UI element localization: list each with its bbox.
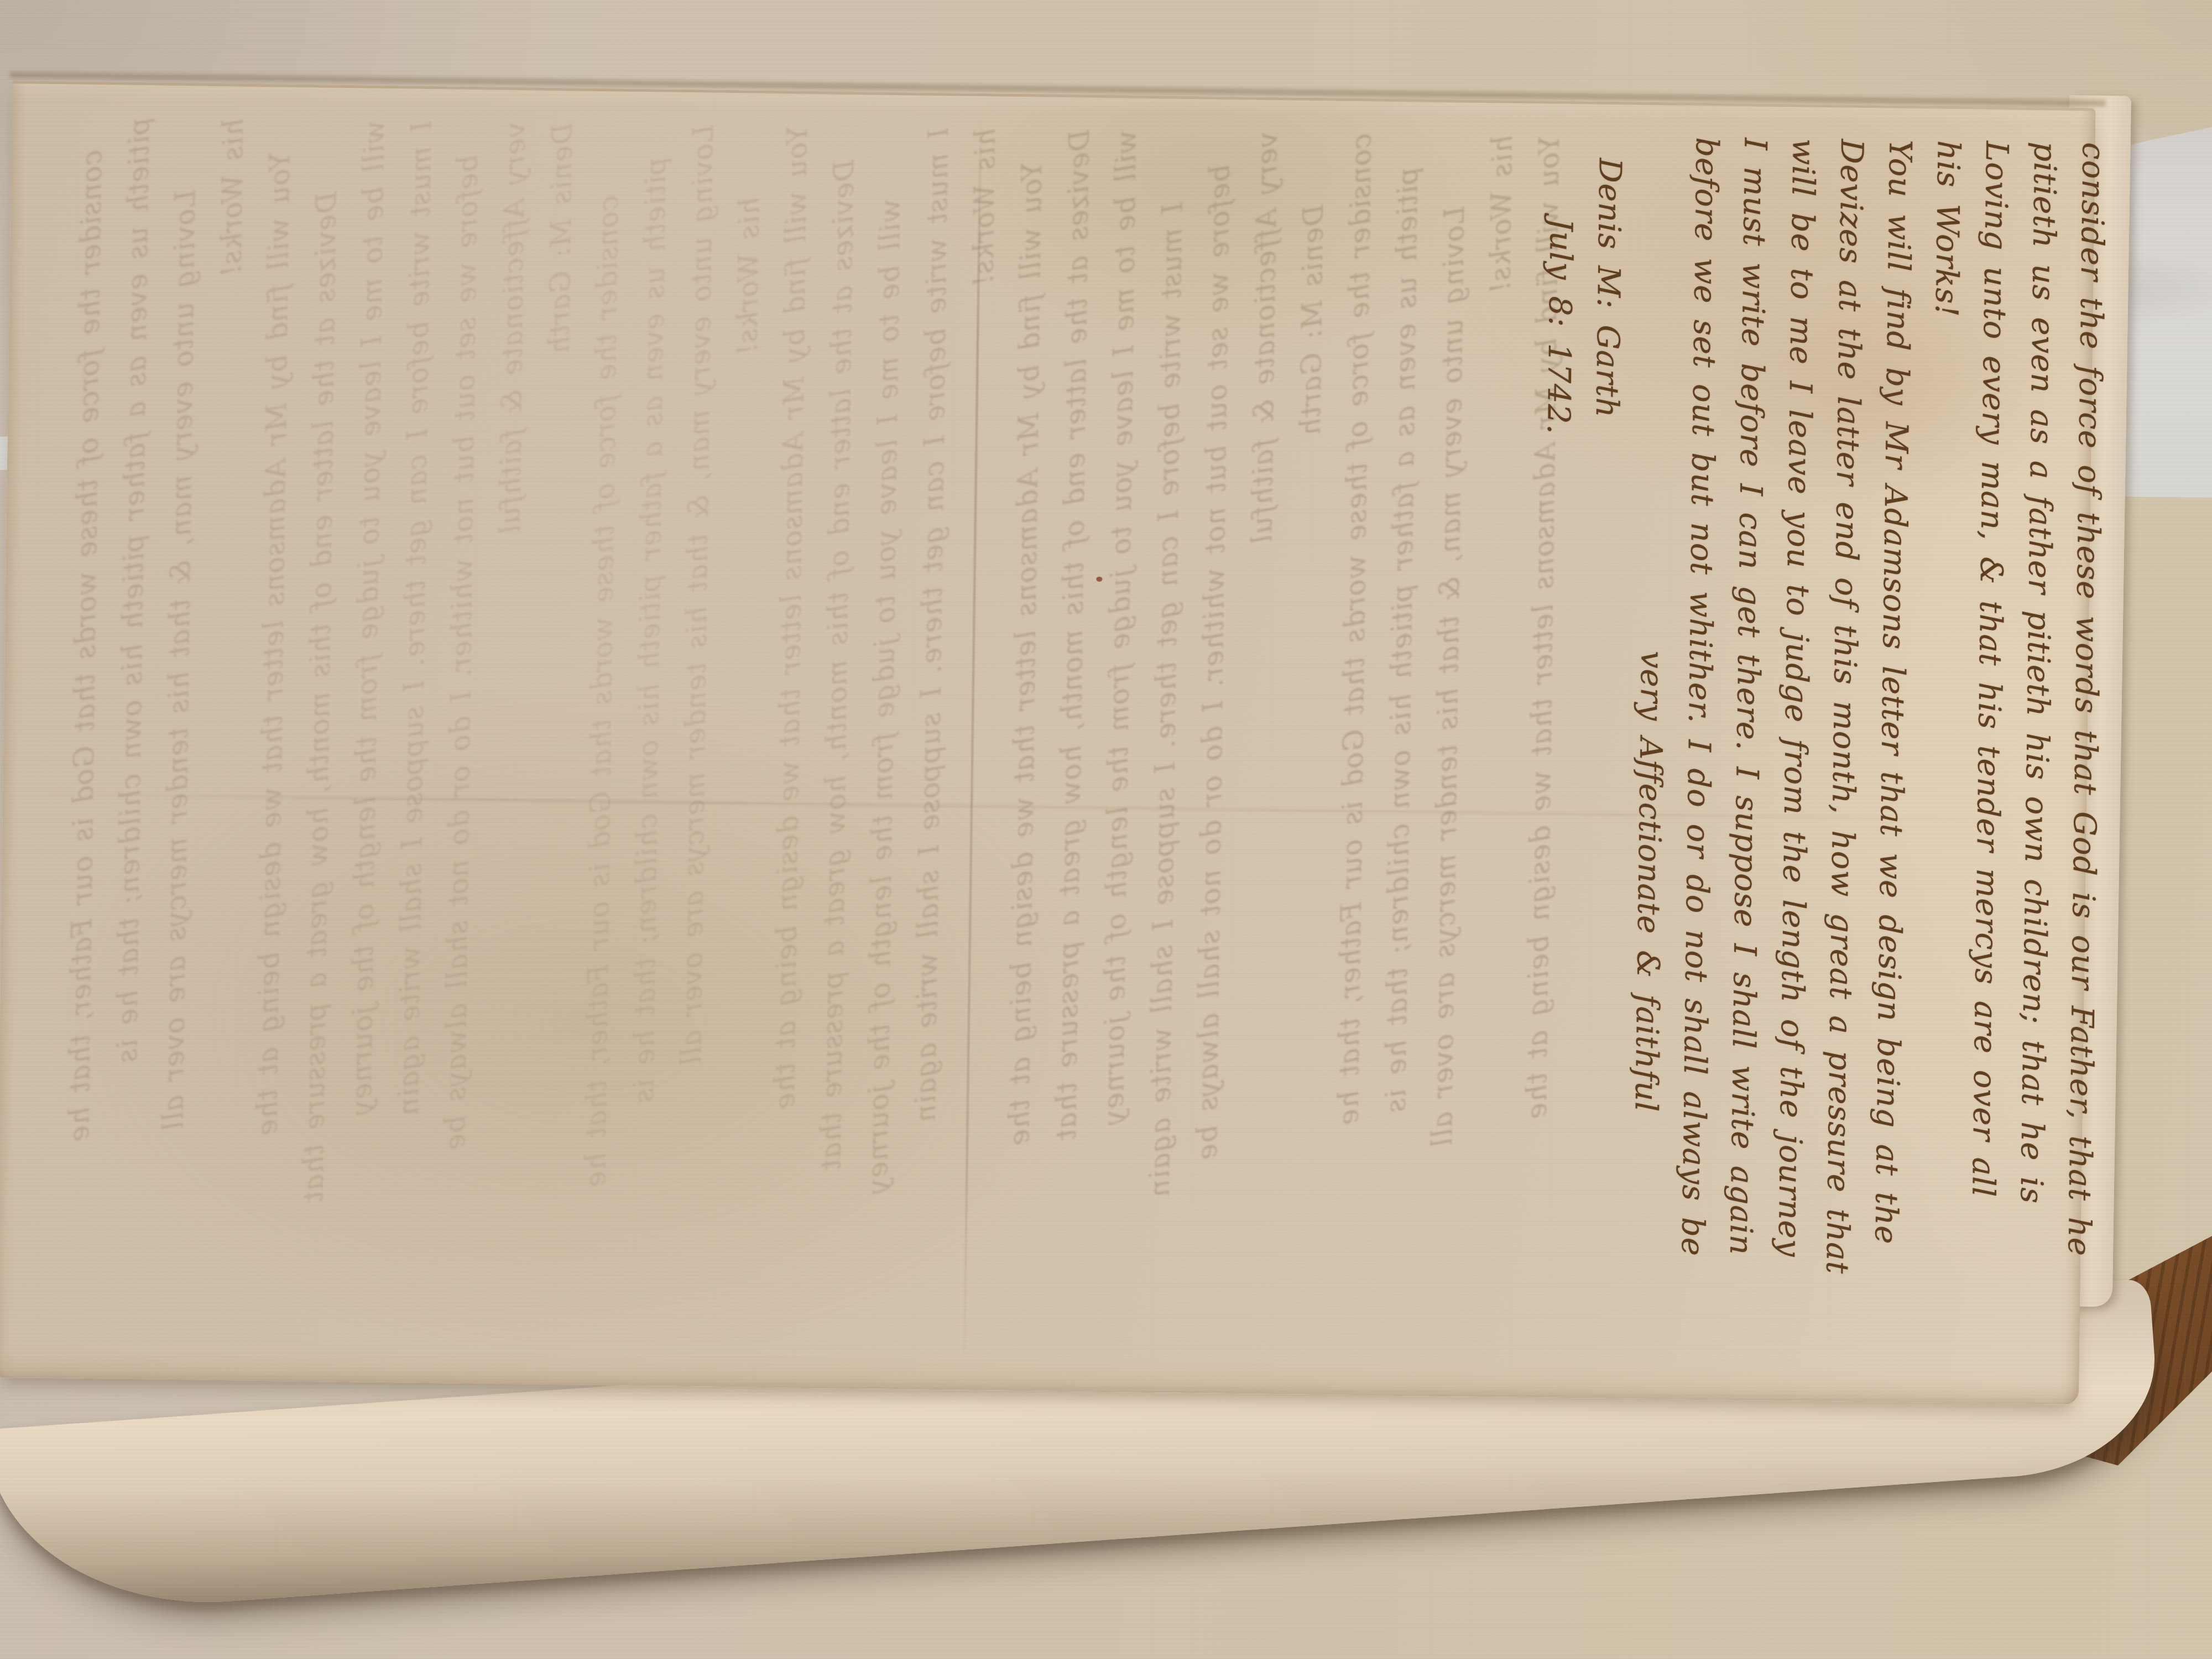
letter-page: consider the force of these words that G…	[0, 81, 2096, 1405]
photo-of-manuscript-letter: { "letter": { "date_line": "July 8: 1742…	[0, 0, 2212, 1659]
letter-text-block: consider the force of these words that G…	[1526, 135, 2117, 1397]
ink-bleed-through-text: consider the force of these words that G…	[53, 116, 1568, 1396]
ink-spot	[1096, 577, 1102, 582]
